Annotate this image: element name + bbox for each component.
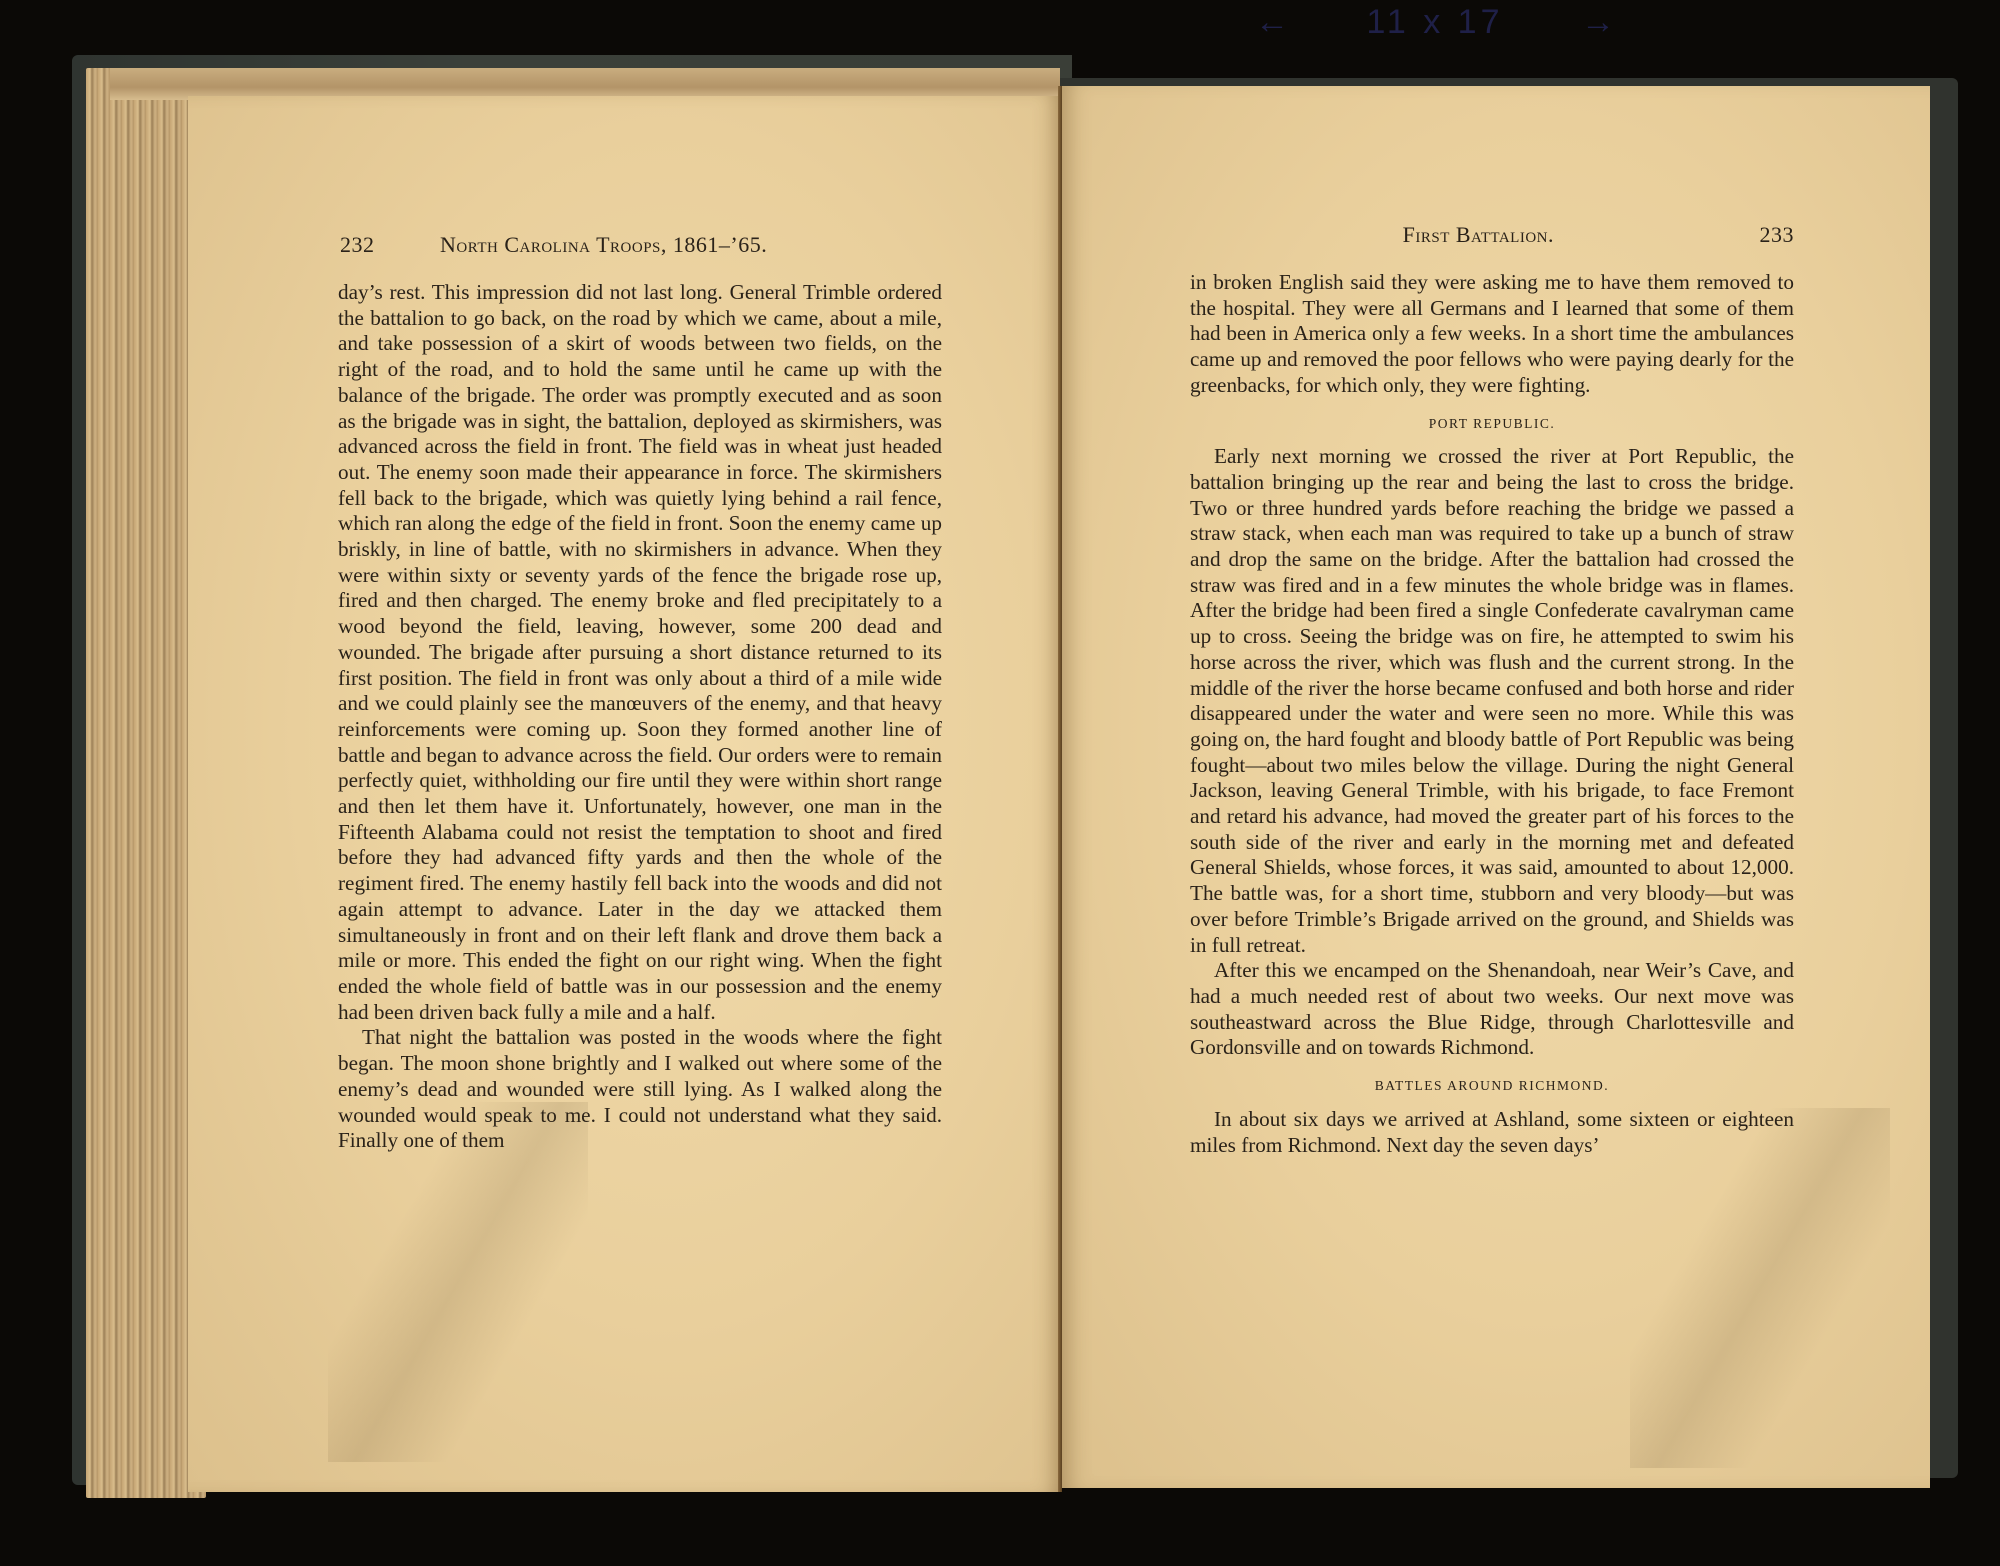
- left-page: 232 North Carolina Troops, 1861–’65. day…: [188, 96, 1062, 1492]
- shadow: [328, 1102, 588, 1462]
- section-heading: PORT REPUBLIC.: [1190, 411, 1794, 437]
- paragraph: After this we encamped on the Shenandoah…: [1190, 958, 1794, 1061]
- scanner-size-marker: ← 11 x 17 →: [1255, 2, 1615, 42]
- running-head-title: First Battalion.: [1403, 222, 1554, 248]
- paragraph: In about six days we arrived at Ashland,…: [1190, 1107, 1794, 1158]
- running-head-title: North Carolina Troops, 1861–’65.: [440, 232, 767, 258]
- paragraph: That night the battalion was posted in t…: [338, 1025, 942, 1154]
- left-body-text: day’s rest. This impression did not last…: [338, 280, 942, 1154]
- page-number: 232: [340, 232, 440, 258]
- right-page: First Battalion. 233 in broken English s…: [1062, 86, 1930, 1488]
- paragraph: in broken English said they were asking …: [1190, 270, 1794, 399]
- paragraph: day’s rest. This impression did not last…: [338, 280, 942, 1025]
- section-heading: BATTLES AROUND RICHMOND.: [1190, 1073, 1794, 1099]
- arrow-left-icon: ←: [1255, 3, 1289, 42]
- right-running-head: First Battalion. 233: [1184, 222, 1794, 248]
- arrow-right-icon: →: [1581, 3, 1615, 42]
- right-body-text: in broken English said they were asking …: [1190, 270, 1794, 1158]
- left-running-head: 232 North Carolina Troops, 1861–’65.: [340, 232, 950, 258]
- paragraph: Early next morning we crossed the river …: [1190, 444, 1794, 958]
- page-number: 233: [1704, 222, 1794, 248]
- size-label: 11 x 17: [1366, 3, 1503, 42]
- shadow: [1630, 1108, 1890, 1468]
